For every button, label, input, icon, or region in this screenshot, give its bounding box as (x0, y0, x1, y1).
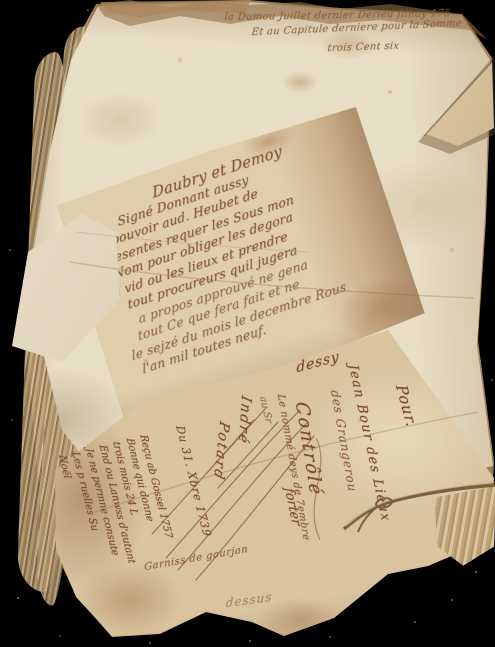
signature-center-1: Indré (235, 394, 254, 446)
manuscript-bundle-photo: la Dumou Juillet dernier Derieu filhay 1… (0, 0, 495, 647)
